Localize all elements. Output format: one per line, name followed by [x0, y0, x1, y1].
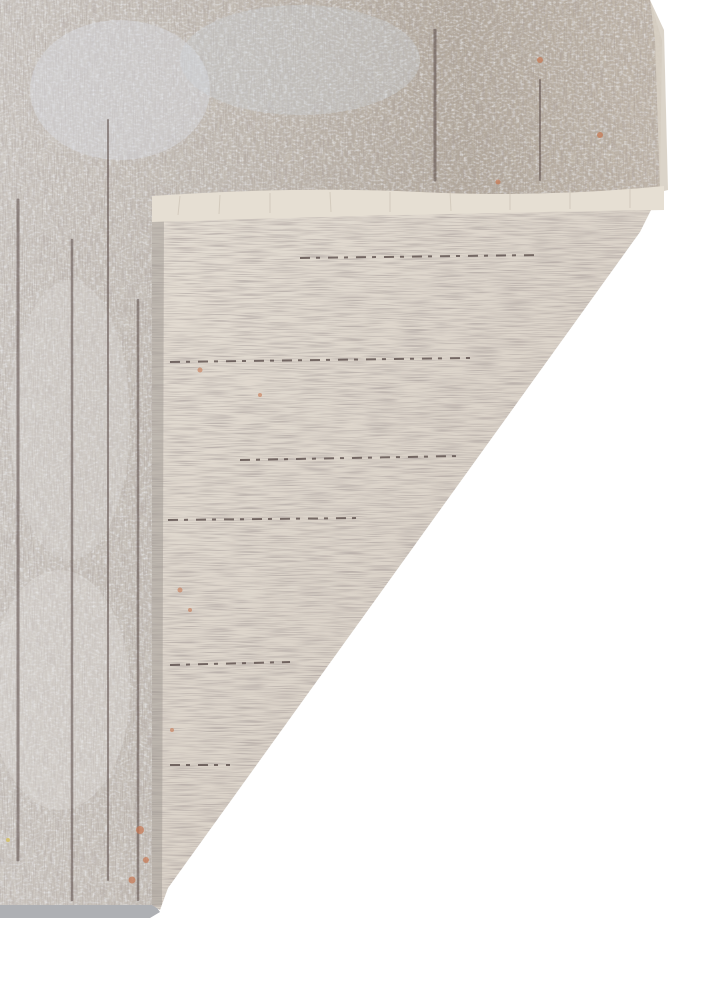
rug-folded-backing [140, 186, 680, 920]
rug-binding-edge [0, 905, 160, 918]
rug-photo [0, 0, 720, 1008]
